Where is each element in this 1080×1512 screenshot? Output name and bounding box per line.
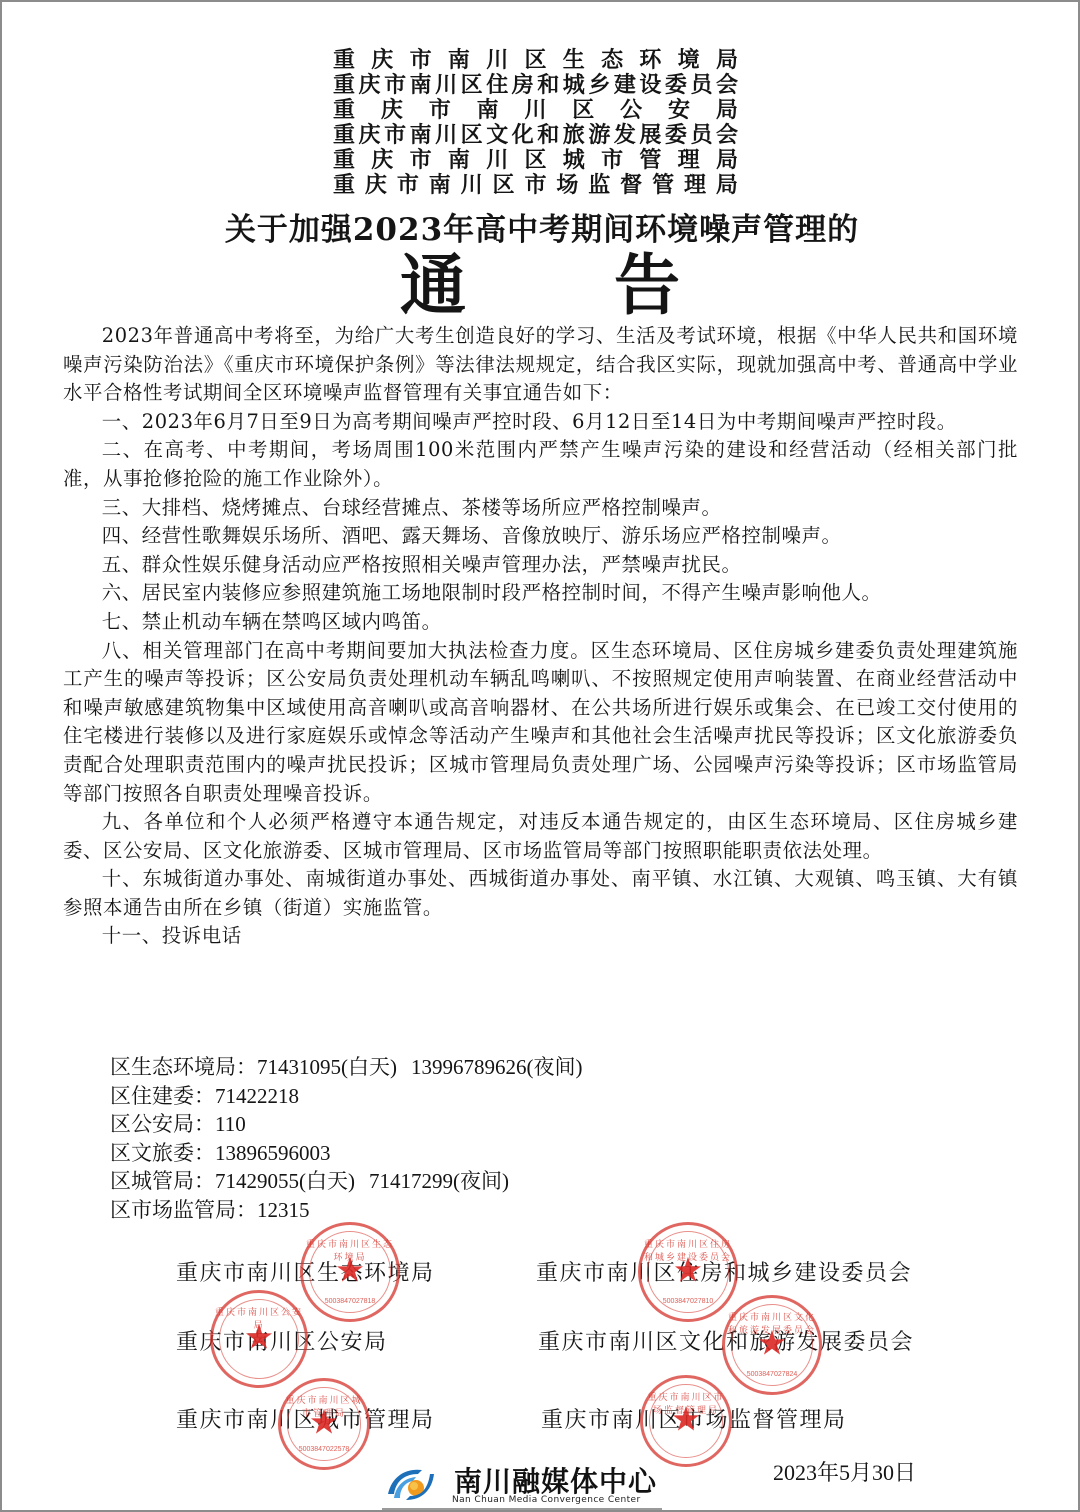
issuer-char: 督 xyxy=(620,173,642,198)
issuer-char: 南 xyxy=(410,73,432,98)
issuer-char: 重 xyxy=(333,48,355,73)
issuer-char: 环 xyxy=(639,48,661,73)
issuer-char: 文 xyxy=(486,123,508,148)
issuer-char: 管 xyxy=(639,148,661,173)
issuer-char: 南 xyxy=(429,173,451,198)
issuer-char: 局 xyxy=(716,98,738,123)
contact-row: 区住建委：71422218 xyxy=(110,1082,670,1111)
issuer-char: 委 xyxy=(665,123,687,148)
issuer-char: 区 xyxy=(572,98,594,123)
nanchuan-media-logo: 南川融媒体中心 Nan Chuan Media Convergence Cent… xyxy=(382,1462,662,1508)
intro-paragraph: 2023年普通高中考将至，为给广大考生创造良好的学习、生活及考试环境，根据《中华… xyxy=(63,322,1018,408)
issuer-line: 重庆市南川区市场监督管理局 xyxy=(333,173,738,198)
article-5: 五、群众性娱乐健身活动应严格按照相关噪声管理办法，严禁噪声扰民。 xyxy=(63,551,1018,580)
signature-public-security-bureau: 重庆市南川区公安局 xyxy=(176,1325,388,1356)
issuer-char: 会 xyxy=(716,123,738,148)
issuer-char: 庆 xyxy=(359,123,381,148)
seal-code: 5003847027810 xyxy=(641,1298,735,1305)
issuer-char: 局 xyxy=(716,48,738,73)
issuer-char: 市 xyxy=(384,123,406,148)
issuer-char: 发 xyxy=(614,123,636,148)
issuer-char: 重 xyxy=(333,98,355,123)
issuer-char: 公 xyxy=(620,98,642,123)
contact-phone: 13996789626(夜间) xyxy=(411,1055,583,1079)
media-center-name-en: Nan Chuan Media Convergence Center xyxy=(452,1495,641,1505)
signature-housing-committee: 重庆市南川区住房和城乡建设委员会 xyxy=(536,1256,912,1287)
issuer-char: 川 xyxy=(461,173,483,198)
title-char: 告 xyxy=(614,247,680,323)
issuer-char: 设 xyxy=(639,73,661,98)
article-4: 四、经营性歌舞娱乐场所、酒吧、露天舞场、音像放映厅、游乐场应严格控制噪声。 xyxy=(63,522,1018,551)
issuer-char: 市 xyxy=(601,148,623,173)
issuer-char: 生 xyxy=(563,48,585,73)
contact-phone: 13896596003 xyxy=(215,1141,331,1165)
notice-title: 通 告 xyxy=(400,247,680,323)
issuer-char: 员 xyxy=(690,123,712,148)
media-center-name-cn: 南川融媒体中心 xyxy=(454,1460,657,1500)
issuer-char: 南 xyxy=(448,48,470,73)
issuer-line: 重庆市南川区住房和城乡建设委员会 xyxy=(333,73,738,98)
complaint-phone-list: 区生态环境局：71431095(白天)13996789626(夜间) 区住建委：… xyxy=(110,1053,670,1225)
issuer-char: 安 xyxy=(668,98,690,123)
article-2: 二、在高考、中考期间，考场周围100米范围内严禁产生噪声污染的建设和经营活动（经… xyxy=(63,436,1018,493)
issuer-char: 理 xyxy=(684,173,706,198)
contact-dept: 区文旅委： xyxy=(110,1141,215,1165)
issuer-char: 庆 xyxy=(371,148,393,173)
contact-dept: 区生态环境局： xyxy=(110,1055,257,1079)
article-3: 三、大排档、烧烤摊点、台球经营摊点、茶楼等场所应严格控制噪声。 xyxy=(63,494,1018,523)
article-11-heading: 十一、投诉电话 xyxy=(63,922,1018,951)
issuer-char: 区 xyxy=(524,48,546,73)
issuer-line: 重庆市南川区生态环境局 xyxy=(333,48,738,73)
issuer-char: 庆 xyxy=(365,173,387,198)
contact-row: 区生态环境局：71431095(白天)13996789626(夜间) xyxy=(110,1053,670,1082)
issuer-char: 重 xyxy=(333,173,355,198)
issuer-char: 市 xyxy=(397,173,419,198)
issuer-char: 城 xyxy=(563,148,585,173)
issuer-char: 和 xyxy=(537,123,559,148)
issuer-char: 区 xyxy=(461,123,483,148)
seal-code: 5003847027818 xyxy=(303,1298,397,1305)
notice-subtitle: 关于加强2023年高中考期间环境噪声管理的 xyxy=(222,210,862,250)
issuer-char: 庆 xyxy=(371,48,393,73)
signature-urban-management-bureau: 重庆市南川区城市管理局 xyxy=(176,1403,435,1434)
issuer-char: 重 xyxy=(333,148,355,173)
signature-environment-bureau: 重庆市南川区生态环境局 xyxy=(176,1256,435,1287)
contact-phone: 71422218 xyxy=(215,1084,299,1108)
issuer-char: 南 xyxy=(448,148,470,173)
contact-phone: 12315 xyxy=(257,1198,310,1222)
footer-divider xyxy=(382,1508,662,1510)
notice-body: 2023年普通高中考将至，为给广大考生创造良好的学习、生活及考试环境，根据《中华… xyxy=(63,322,1018,951)
contact-dept: 区市场监管局： xyxy=(110,1198,257,1222)
issuer-char: 和 xyxy=(537,73,559,98)
issuer-char: 住 xyxy=(486,73,508,98)
issuer-char: 区 xyxy=(524,148,546,173)
issuer-char: 川 xyxy=(486,48,508,73)
issuer-char: 庆 xyxy=(381,98,403,123)
issuer-char: 川 xyxy=(435,123,457,148)
issuer-char: 乡 xyxy=(588,73,610,98)
issuer-char: 游 xyxy=(588,123,610,148)
issuer-char: 房 xyxy=(512,73,534,98)
issuer-char: 南 xyxy=(410,123,432,148)
issuer-char: 局 xyxy=(716,148,738,173)
contact-dept: 区城管局： xyxy=(110,1169,215,1193)
contact-phone: 71417299(夜间) xyxy=(369,1169,509,1193)
contact-row: 区公安局：110 xyxy=(110,1110,670,1139)
issuer-char: 川 xyxy=(435,73,457,98)
contact-row: 区城管局：71429055(白天)71417299(夜间) xyxy=(110,1167,670,1196)
seal-code: 5003847022578 xyxy=(281,1446,367,1453)
contact-phone: 71429055(白天) xyxy=(215,1169,355,1193)
issuer-char: 市 xyxy=(429,98,451,123)
contact-phone: 110 xyxy=(215,1112,246,1136)
media-center-logo-icon xyxy=(382,1464,440,1504)
issuer-line: 重庆市南川区公安局 xyxy=(333,98,738,123)
issuer-char: 市 xyxy=(384,73,406,98)
issuer-char: 川 xyxy=(486,148,508,173)
seal-code: 5003847027824 xyxy=(725,1371,819,1378)
issuer-char: 化 xyxy=(512,123,534,148)
article-8: 八、相关管理部门在高中考期间要加大执法检查力度。区生态环境局、区住房城乡建委负责… xyxy=(63,637,1018,809)
issuing-agencies: 重庆市南川区生态环境局 重庆市南川区住房和城乡建设委员会 重庆市南川区公安局 重… xyxy=(333,48,738,198)
issuer-char: 场 xyxy=(556,173,578,198)
issuer-char: 区 xyxy=(493,173,515,198)
issuer-char: 展 xyxy=(639,123,661,148)
issuer-char: 重 xyxy=(333,123,355,148)
issuer-line: 重庆市南川区城市管理局 xyxy=(333,148,738,173)
article-7: 七、禁止机动车辆在禁鸣区域内鸣笛。 xyxy=(63,608,1018,637)
issuer-char: 川 xyxy=(524,98,546,123)
issuer-char: 境 xyxy=(678,48,700,73)
article-9: 九、各单位和个人必须严格遵守本通告规定，对违反本通告规定的，由区生态环境局、区住… xyxy=(63,808,1018,865)
contact-row: 区市场监管局：12315 xyxy=(110,1196,670,1225)
issuer-char: 局 xyxy=(716,173,738,198)
issuer-char: 态 xyxy=(601,48,623,73)
title-char: 通 xyxy=(400,247,466,323)
article-10: 十、东城街道办事处、南城街道办事处、西城街道办事处、南平镇、水江镇、大观镇、鸣玉… xyxy=(63,865,1018,922)
contact-dept: 区公安局： xyxy=(110,1112,215,1136)
issuer-char: 市 xyxy=(410,148,432,173)
issuer-char: 南 xyxy=(477,98,499,123)
signature-culture-tourism-committee: 重庆市南川区文化和旅游发展委员会 xyxy=(538,1325,914,1356)
issuer-char: 建 xyxy=(614,73,636,98)
issuer-char: 旅 xyxy=(563,123,585,148)
issuer-char: 员 xyxy=(690,73,712,98)
issuer-char: 重 xyxy=(333,73,355,98)
issuer-char: 委 xyxy=(665,73,687,98)
issuer-char: 管 xyxy=(652,173,674,198)
contact-row: 区文旅委：13896596003 xyxy=(110,1139,670,1168)
article-1: 一、2023年6月7日至9日为高考期间噪声严控时段、6月12日至14日为中考期间… xyxy=(63,408,1018,437)
issuer-char: 区 xyxy=(461,73,483,98)
issuer-char: 会 xyxy=(716,73,738,98)
issuer-char: 理 xyxy=(678,148,700,173)
contact-phone: 71431095(白天) xyxy=(257,1055,397,1079)
issuer-line: 重庆市南川区文化和旅游发展委员会 xyxy=(333,123,738,148)
notice-date: 2023年5月30日 xyxy=(773,1456,916,1487)
issuer-char: 市 xyxy=(524,173,546,198)
issuer-char: 市 xyxy=(410,48,432,73)
contact-dept: 区住建委： xyxy=(110,1084,215,1108)
article-6: 六、居民室内装修应参照建筑施工场地限制时段严格控制时间，不得产生噪声影响他人。 xyxy=(63,579,1018,608)
issuer-char: 监 xyxy=(588,173,610,198)
issuer-char: 庆 xyxy=(359,73,381,98)
signature-market-supervision-bureau: 重庆市南川区市场监督管理局 xyxy=(541,1403,847,1434)
issuer-char: 城 xyxy=(563,73,585,98)
